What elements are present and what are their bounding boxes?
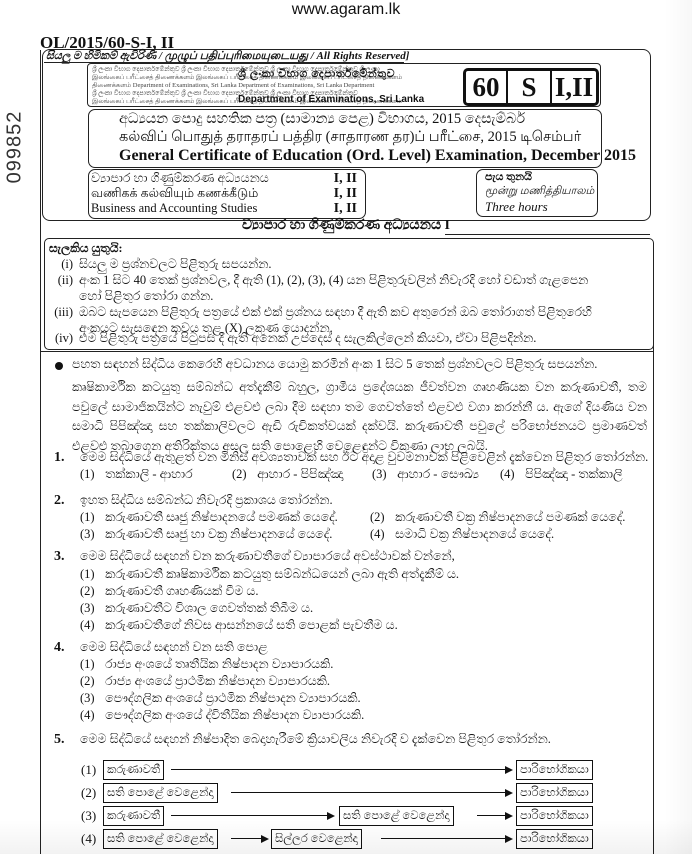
question-number: 4.	[54, 640, 65, 656]
scan-shadow	[0, 820, 692, 854]
instruction: පහත සඳහන් සිද්ධිය කෙරෙහි අවධානය යොමු කරම…	[72, 357, 597, 372]
option-number: (2)	[80, 674, 102, 689]
question-5: 5. මෙම සිද්ධියේ සඳහන් නිෂ්පාදිත බෙදාහැරී…	[54, 732, 654, 752]
part-title-line	[445, 234, 650, 235]
question-number: 3.	[54, 549, 65, 565]
option-text: කරුණාවතී සෘජු හා වක්‍ර නිෂ්පාදනයේ යෙදේ.	[105, 527, 332, 541]
option-number: (2)	[370, 510, 392, 525]
option-1[interactable]: (1) කරුණාවතී සෘජු නිෂ්පාදනයේ පමණක් යෙදේ.	[80, 510, 338, 525]
page-frame-left	[40, 50, 41, 854]
question-stem: මෙම සිද්ධියේ සඳහන් නිෂ්පාදිත බෙදාහැරීමේ …	[80, 732, 551, 747]
question-number: 1.	[54, 450, 65, 466]
exam-title-box: අධ්‍යයන පොදු සහතික පත්‍ර (සාමාන්‍ය පෙළ) …	[88, 109, 602, 168]
subject-name: வணிகக் கல்வியும் கணக்கீடும்	[91, 186, 258, 202]
option-1[interactable]: (1) රාජ්‍ය අංශයේ තෘතීයික නිෂ්පාදන ව්‍යාප…	[80, 657, 333, 672]
exam-title-tamil: கல்விப் பொதுத் தராதரப் பத்திர (சாதாரண தர…	[119, 129, 581, 147]
option-2[interactable]: (2) කරුණාවතී වක්‍ර නිෂ්පාදනයේ පමණක් යෙදේ…	[370, 510, 625, 525]
option-text: පෞද්ගලික අංශයේ ද්විතීයික නිෂ්පාදන ව්‍යාප…	[105, 708, 364, 722]
serial-number: 099852	[4, 92, 26, 202]
option-4[interactable]: (4) පිපිඤ්ඤා - තක්කාලි	[500, 467, 623, 482]
option-number: (3)	[80, 601, 102, 616]
arrow-right-icon	[477, 815, 511, 816]
option-number: (2)	[80, 584, 102, 599]
option-1[interactable]: (1) කරුණාවතී කෘෂිකාර්මික කටයුතු සම්බන්ධය…	[80, 567, 459, 582]
note-text: සියලු ම ප්‍රශ්නවලට පිළිතුරු සපයන්න.	[79, 256, 609, 272]
subject-name: ව්‍යාපාර හා ගිණුම්කරණ අධ්‍යයනය	[91, 171, 269, 187]
option-4[interactable]: (4) සමාධි වක්‍ර නිෂ්පාදනයේ යෙදේ.	[370, 527, 554, 542]
duration-sinhala: පැය තුනයි	[485, 171, 532, 184]
option-3[interactable]: (3) කරුණාවතීට විශාල ගෙවත්තක් තිබීම ය.	[80, 601, 313, 616]
flow-box: සති පොළේ වෙළෙන්දා	[103, 783, 218, 803]
option-number: (4)	[80, 618, 102, 633]
option-3[interactable]: (3) ආහාර - සෞඛ්‍ය	[372, 467, 479, 482]
question-1: 1. මෙම සිද්ධියේ ඇතුළත් වන මිනිස් අවශ්‍යත…	[54, 450, 654, 482]
option-text: කරුණාවතීට විශාල ගෙවත්තක් තිබීම ය.	[105, 601, 313, 615]
note-number: (iii)	[45, 304, 73, 320]
option-text: කරුණාවතී වක්‍ර නිෂ්පාදනයේ පමණක් යෙදේ.	[395, 510, 625, 524]
section-divider	[40, 351, 654, 352]
question-number: 5.	[54, 732, 65, 748]
subject-papers: I, II	[334, 201, 357, 217]
note-item: (iv)එම පිළිතුරු පත්‍රයේ පිටුපස දී ඇති අන…	[45, 330, 609, 346]
option-1[interactable]: (1) කරුණාවතී පාරිභෝගිකයා	[81, 760, 581, 782]
option-text: පිපිඤ්ඤා - තක්කාලි	[525, 467, 622, 481]
subject-number: 60	[466, 71, 508, 103]
subject-papers: I, II	[334, 186, 357, 202]
subject-row-sinhala: ව්‍යාපාර හා ගිණුම්කරණ අධ්‍යයනය I, II	[91, 171, 361, 187]
option-text: ආහාර - පිපිඤ්ඤා	[257, 467, 343, 481]
question-2: 2. ඉහත සිද්ධිය සම්බන්ධ නිවැරදි ප්‍රකාශය …	[54, 493, 654, 543]
arrow-right-icon	[171, 815, 333, 816]
option-number: (3)	[80, 527, 102, 542]
option-text: පෞද්ගලික අංශයේ ප්‍රාථමික නිෂ්පාදන ව්‍යාප…	[105, 691, 361, 705]
question-3: 3. මෙම සිද්ධියේ සඳහන් වන කරුණාවතීගේ ව්‍ය…	[54, 549, 654, 629]
department-title-english: Department of Examinations, Sri Lanka	[238, 94, 424, 105]
note-item: (i)සියලු ම ප්‍රශ්නවලට පිළිතුරු සපයන්න.	[45, 256, 609, 272]
note-text: අංක 1 සිට 40 තෙක් ප්‍රශ්නවල, දී ඇති (1),…	[79, 272, 609, 304]
question-stem: මෙම සිද්ධියේ ඇතුළත් වන මිනිස් අවශ්‍යතාවක…	[80, 450, 648, 465]
note-number: (ii)	[45, 272, 73, 288]
option-number: (2)	[232, 467, 254, 482]
option-text: කරුණාවතී සෘජු නිෂ්පාදනයේ පමණක් යෙදේ.	[105, 510, 338, 524]
option-number: (3)	[80, 691, 102, 706]
arrow-right-icon	[171, 769, 511, 770]
option-2[interactable]: (2) රාජ්‍ය අංශයේ ප්‍රාථමික නිෂ්පාදන ව්‍ය…	[80, 674, 330, 689]
note-number: (iv)	[45, 330, 73, 346]
option-2[interactable]: (2) ආහාර - පිපිඤ්ඤා	[232, 467, 343, 482]
notes-box: සැලකිය යුතුයි: (i)සියලු ම ප්‍රශ්නවලට පිළ…	[44, 238, 654, 350]
exam-title-sinhala: අධ්‍යයන පොදු සහතික පත්‍ර (සාමාන්‍ය පෙළ) …	[119, 111, 525, 128]
subject-papers: I, II	[334, 171, 357, 187]
option-text: තක්කාලි - ආහාර	[105, 467, 193, 481]
case-passage: කෘෂිකාර්මික කටයුතු සම්බන්ධ අත්දැකීම් බහු…	[72, 378, 647, 456]
bullet-icon	[55, 362, 63, 370]
flow-box: පාරිභෝගිකයා	[516, 783, 593, 803]
option-text: කරුණාවතී කෘෂිකාර්මික කටයුතු සම්බන්ධයෙන් …	[105, 567, 459, 581]
option-number: (4)	[370, 527, 392, 542]
flow-box: පාරිභෝගිකයා	[516, 760, 593, 780]
note-text: එම පිළිතුරු පත්‍රයේ පිටුපස දී ඇති අනෙක් …	[79, 330, 609, 346]
option-number: (4)	[80, 708, 102, 723]
question-stem: ඉහත සිද්ධිය සම්බන්ධ නිවැරදි ප්‍රකාශය තෝර…	[80, 493, 333, 508]
option-4[interactable]: (4) කරුණාවතීගේ නිවස ආසන්නයේ සති පොළක් පැ…	[80, 618, 398, 633]
subject-medium: S	[508, 71, 552, 103]
subject-code-box: 60 S I,II	[463, 68, 599, 106]
site-url[interactable]: www.agaram.lk	[0, 0, 692, 20]
option-number: (1)	[80, 657, 102, 672]
exam-title-english: General Certificate of Education (Ord. L…	[119, 147, 636, 165]
option-3[interactable]: (3) පෞද්ගලික අංශයේ ප්‍රාථමික නිෂ්පාදන ව්…	[80, 691, 361, 706]
option-number: (1)	[80, 567, 102, 582]
notes-title: සැලකිය යුතුයි:	[49, 241, 123, 256]
option-text: රාජ්‍ය අංශයේ තෘතීයික නිෂ්පාදන ව්‍යාපාරයක…	[105, 657, 333, 671]
subject-papers: I,II	[552, 71, 596, 103]
part-title: ව්‍යාපාර හා ගිණුම්කරණ අධ්‍යයනය I	[0, 218, 692, 234]
option-2[interactable]: (2) කරුණාවතී ගෘහණියක් වීම ය.	[80, 584, 259, 599]
subject-row-english: Business and Accounting Studies I, II	[91, 201, 361, 217]
option-2[interactable]: (2) සති පොළේ වෙළෙන්දා පාරිභෝගිකයා	[81, 783, 581, 805]
option-text: කරුණාවතී ගෘහණියක් වීම ය.	[105, 584, 258, 598]
note-item: (ii)අංක 1 සිට 40 තෙක් ප්‍රශ්නවල, දී ඇති …	[45, 272, 609, 304]
duration-english: Three hours	[485, 199, 548, 215]
option-text: කරුණාවතීගේ නිවස ආසන්නයේ සති පොළක් පැවතීම…	[105, 618, 398, 632]
option-text: ආහාර - සෞඛ්‍ය	[397, 467, 479, 481]
option-number: (1)	[80, 510, 102, 525]
question-number: 2.	[54, 493, 65, 509]
option-text: රාජ්‍ය අංශයේ ප්‍රාථමික නිෂ්පාදන ව්‍යාපාර…	[105, 674, 330, 688]
arrow-right-icon	[231, 792, 511, 793]
note-number: (i)	[45, 256, 73, 272]
duration-tamil: மூன்று மணித்தியாலம்	[485, 185, 594, 199]
option-number: (2)	[81, 785, 96, 801]
serial-number-text: 099852	[4, 111, 27, 184]
subject-row-tamil: வணிகக் கல்வியும் கணக்கீடும் I, II	[91, 186, 361, 202]
department-title-sinhala: ශ්‍රී ලංකා විභාග දෙපාර්තමේන්තුව	[238, 68, 395, 81]
question-stem: මෙම සිද්ධියේ සඳහන් වන කරුණාවතීගේ ව්‍යාපා…	[80, 549, 455, 564]
option-number: (3)	[372, 467, 394, 482]
option-number: (1)	[81, 762, 96, 778]
scan-edge	[664, 0, 692, 854]
option-number: (1)	[80, 467, 102, 482]
option-text: සමාධි වක්‍ර නිෂ්පාදනයේ යෙදේ.	[395, 527, 554, 541]
option-1[interactable]: (1) තක්කාලි - ආහාර	[80, 467, 193, 482]
flow-box: කරුණාවතී	[103, 760, 164, 780]
question-4: 4. මෙම සිද්ධියේ සඳහන් වන සති පොළ (1) රාජ…	[54, 640, 654, 722]
subject-box: ව්‍යාපාර හා ගිණුම්කරණ අධ්‍යයනය I, II வணி…	[88, 169, 366, 219]
option-number: (4)	[500, 467, 522, 482]
subject-name: Business and Accounting Studies	[91, 201, 257, 217]
option-3[interactable]: (3) කරුණාවතී සෘජු හා වක්‍ර නිෂ්පාදනයේ යෙ…	[80, 527, 332, 542]
option-4[interactable]: (4) පෞද්ගලික අංශයේ ද්විතීයික නිෂ්පාදන ව්…	[80, 708, 364, 723]
duration-box: පැය තුනයි மூன்று மணித்தியாலம் Three hour…	[476, 169, 598, 217]
question-stem: මෙම සිද්ධියේ සඳහන් වන සති පොළ	[80, 640, 268, 655]
